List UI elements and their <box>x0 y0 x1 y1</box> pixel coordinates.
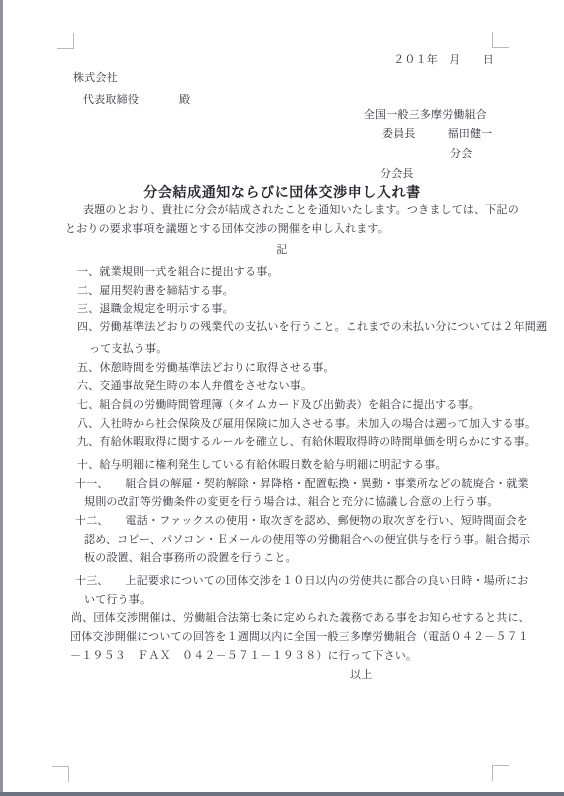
chair-title: 委員長 <box>382 128 416 140</box>
branch-chair-label: 分会長 <box>380 166 414 182</box>
demand-line: 三、退職金規定を明示する事。 <box>77 301 234 317</box>
viewer-bottom-edge <box>0 792 564 796</box>
viewer-left-edge <box>0 0 3 796</box>
recipient-title: 代表取締役 <box>83 94 139 106</box>
closing-line: －１９５３ ＦＡＸ ０４２－５７１－１９３８）に行って下さい。 <box>70 648 417 664</box>
document-title: 分会結成通知ならびに団体交渉申し入れ書 <box>0 182 564 202</box>
demand-line-continuation: 認め、コピー、パソコン・Ｅメールの使用等の労働組合への便宜供与を行う事。組合掲示 <box>84 532 530 548</box>
demand-line: 四、労働基準法どおりの残業代の支払いを行うこと。これまでの未払い分については２年… <box>77 319 547 335</box>
crop-mark-bottom-left-icon <box>52 766 69 782</box>
chair-name: 福田健一 <box>448 128 493 140</box>
union-chair-line: 委員長福田健一 <box>382 126 492 142</box>
document-page: ２０１年 月 日 株式会社 代表取締役殿 全国一般三多摩労働組合 委員長福田健一… <box>0 0 564 796</box>
intro-line-1: 表題のとおり、貴社に分会が結成されたことを通知いたします。つきましては、下記の <box>83 202 519 218</box>
closing-line: 団体交渉開催についての回答を１週間以内に全国一般三多摩労働組合（電話０４２－５７… <box>70 629 529 645</box>
date-line: ２０１年 月 日 <box>0 52 494 68</box>
intro-line-2: とおりの要求事項を議題とする団体交渉の開催を申し入れます。 <box>65 221 389 237</box>
demand-line: 九、有給休暇取得に関するルールを確立し、有給休暇取得時の時間単価を明らかにする事… <box>77 434 536 450</box>
branch-label: 分会 <box>450 146 472 162</box>
record-marker: 記 <box>0 242 564 258</box>
demand-line-continuation: 規則の改訂等労働条件の変更を行う場合は、組合と充分に協議し合意の上行う事。 <box>84 494 498 510</box>
demand-line-continuation: って支払う事。 <box>89 341 167 357</box>
demand-line: 十二、 電話・ファックスの使用・取次ぎを認め、郵便物の取次ぎを行い、短時間面会を <box>75 513 528 529</box>
demand-line-continuation: 板の設置、組合事務所の設置を行うこと。 <box>84 550 297 566</box>
closing-line: 尚、団体交渉開催は、労働組合法第七条に定められた義務である事をお知らせすると共に… <box>71 610 530 626</box>
crop-mark-bottom-right-icon <box>492 765 509 781</box>
demand-line: 十一、 組合員の解雇・契約解除・昇降格・配置転換・異動・事業所などの統廃合・就業 <box>75 476 529 492</box>
demand-line: 五、休憩時間を労働基準法どおりに取得させる事。 <box>77 360 335 376</box>
demand-line: 二、雇用契約書を締結する事。 <box>77 283 234 299</box>
demand-line: 十、給与明細に権利発生している有給休暇日数を給与明細に明記する事。 <box>77 457 447 473</box>
demand-line: 一、就業規則一式を組合に提出する事。 <box>77 264 279 280</box>
crop-mark-top-left-icon <box>57 33 74 49</box>
demand-line: 七、組合員の労働時間管理簿（タイムカード及び出勤表）を組合に提出する事。 <box>77 397 480 413</box>
demand-line: 六、交通事故発生時の本人弁償をさせない事。 <box>77 378 312 394</box>
recipient-line: 代表取締役殿 <box>83 92 190 108</box>
crop-mark-top-right-icon <box>492 32 509 48</box>
end-marker: 以上 <box>350 667 372 683</box>
demand-line: 八、入社時から社会保険及び雇用保険に加入させる事。未加入の場合は遡って加入する事… <box>77 416 536 432</box>
demand-line-continuation: いて行う事。 <box>84 592 151 608</box>
recipient-company: 株式会社 <box>73 70 118 86</box>
union-name: 全国一般三多摩労働組合 <box>0 107 487 123</box>
recipient-honorific: 殿 <box>179 94 190 106</box>
demand-line: 十三、 上記要求についての団体交渉を１０日以内の労使共に都合の良い日時・場所にお <box>75 573 528 589</box>
